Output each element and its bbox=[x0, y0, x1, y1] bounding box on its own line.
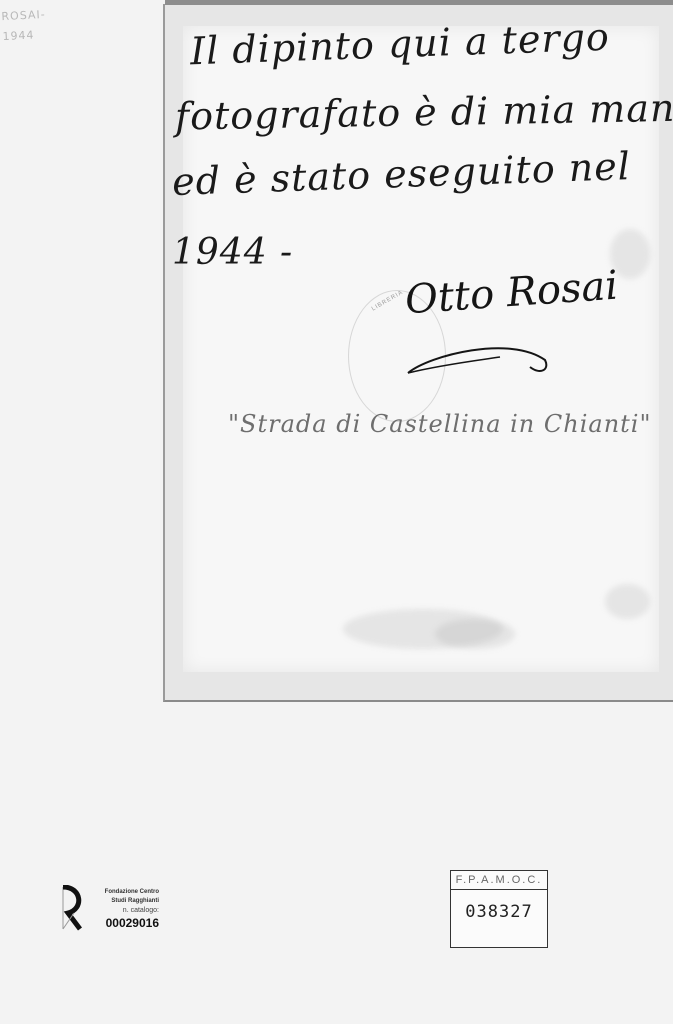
card-top-edge bbox=[165, 0, 673, 5]
painting-title-pencil: "Strada di Castellina in Chianti" bbox=[228, 410, 652, 438]
catalog-number: 00029016 bbox=[97, 916, 159, 930]
inventory-number: 038327 bbox=[451, 902, 547, 922]
handwriting-line-4: 1944 - bbox=[172, 232, 293, 273]
catalog-label: n. catalogo: bbox=[97, 906, 159, 916]
ragghianti-r-logo-icon bbox=[60, 885, 84, 931]
inventory-stamp-header: F.P.A.M.O.C. bbox=[451, 871, 547, 890]
water-stain bbox=[605, 584, 650, 619]
archive-label: Fondazione Centro Studi Ragghianti n. ca… bbox=[97, 888, 159, 930]
signature-swash-icon bbox=[400, 315, 560, 385]
margin-note-line2: 1944 bbox=[2, 25, 47, 47]
inventory-stamp: F.P.A.M.O.C. 038327 bbox=[450, 870, 548, 948]
handwriting-line-2: fotografato è di mia mano bbox=[175, 85, 673, 138]
institution-line2: Studi Ragghianti bbox=[97, 897, 159, 906]
water-stain bbox=[435, 619, 515, 649]
institution-line1: Fondazione Centro bbox=[97, 888, 159, 897]
margin-note-line1: ROSAI- bbox=[1, 5, 46, 27]
pencil-margin-note: ROSAI- 1944 bbox=[1, 5, 47, 47]
